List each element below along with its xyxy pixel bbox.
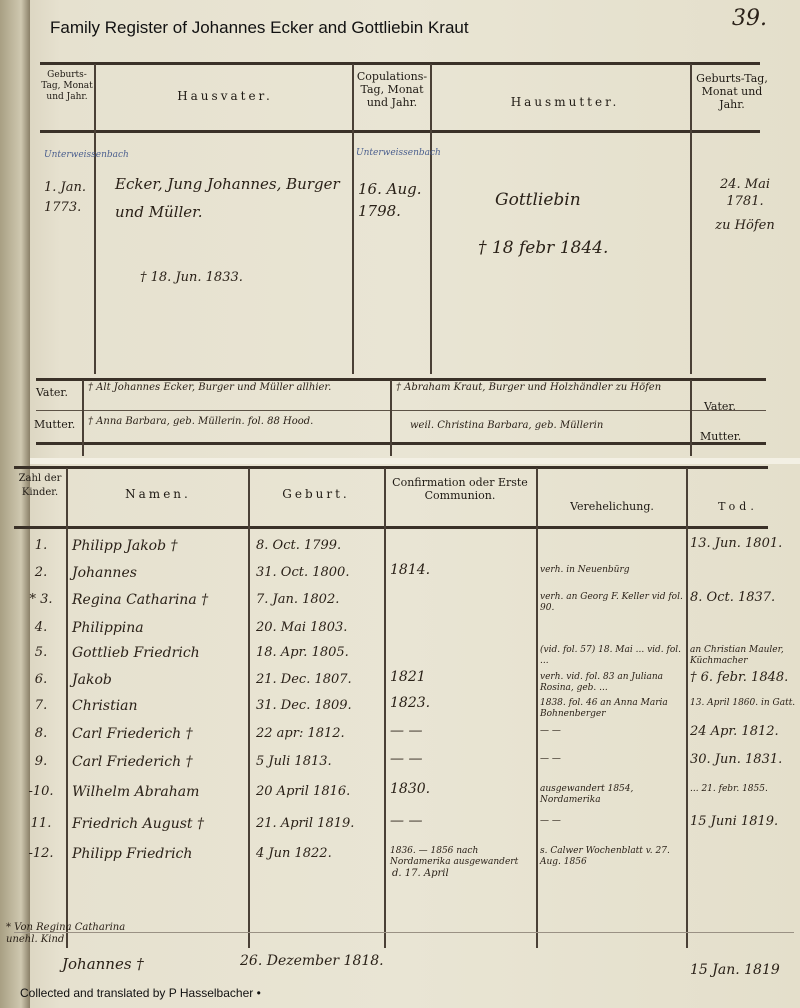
- rule: [40, 130, 760, 133]
- child-marriage: verh. vid. fol. 83 an Juliana Rosina, ge…: [540, 672, 686, 694]
- father-mother-label: Mutter.: [34, 418, 75, 431]
- marriage-date: 16. Aug. 1798.: [358, 178, 428, 222]
- header-birth: Geburt.: [250, 488, 382, 501]
- col-divider: [94, 64, 96, 374]
- child-confirmation: — —: [390, 816, 536, 827]
- image-seam: [30, 458, 800, 464]
- child-death: 8. Oct. 1837.: [690, 592, 798, 603]
- child-marriage: ausgewandert 1854, Nordamerika: [540, 784, 686, 806]
- child-name: Philipp Jakob †: [72, 538, 248, 554]
- child-name: Christian: [72, 698, 248, 714]
- header-name: Namen.: [70, 488, 246, 501]
- credit-line: Collected and translated by P Hasselbach…: [20, 986, 261, 1000]
- father-father-label: Vater.: [36, 386, 68, 399]
- mother-name: Gottliebin: [495, 190, 581, 210]
- father-father: † Alt Johannes Ecker, Burger und Müller …: [88, 382, 388, 394]
- child-death: an Christian Mauler, Küchmacher: [690, 645, 798, 667]
- child-confirmation: — —: [390, 726, 536, 737]
- child-death: ... 21. febr. 1855.: [690, 784, 798, 795]
- child-number: 8.: [18, 726, 64, 741]
- col-divider: [248, 468, 250, 948]
- col-divider: [82, 380, 84, 456]
- child-birth: 31. Oct. 1800.: [256, 565, 384, 580]
- child-marriage: s. Calwer Wochenblatt v. 27. Aug. 1856: [540, 846, 686, 868]
- rule: [36, 442, 766, 445]
- register-page: Family Register of Johannes Ecker and Go…: [0, 0, 800, 1008]
- child-confirmation: 1823.: [390, 698, 536, 709]
- header-marriage: Copulations-Tag, Monat und Jahr.: [354, 70, 430, 109]
- confirmation-side-note: d. 17. April: [392, 868, 449, 879]
- child-name: Friedrich August †: [72, 816, 248, 832]
- mother-death: † 18 febr 1844.: [478, 238, 608, 258]
- header-marriage: Verehelichung.: [538, 500, 686, 513]
- col-divider: [66, 468, 68, 948]
- child-number: 4.: [18, 620, 64, 635]
- child-name: Gottlieb Friedrich: [72, 645, 248, 661]
- child-marriage: — —: [540, 754, 686, 765]
- child-name: Wilhelm Abraham: [72, 784, 248, 800]
- child-death: † 6. febr. 1848.: [690, 672, 798, 683]
- child-marriage: (vid. fol. 57) 18. Mai ... vid. fol. ...: [540, 645, 686, 667]
- header-confirmation: Confirmation oder Erste Communion.: [386, 476, 534, 502]
- mother-mother: weil. Christina Barbara, geb. Müllerin: [410, 420, 690, 431]
- child-number: 5.: [18, 645, 64, 660]
- child-name: Carl Friederich †: [72, 726, 248, 742]
- col-divider: [352, 64, 354, 374]
- child-death: 24 Apr. 1812.: [690, 726, 798, 737]
- footnote-birth: 26. Dezember 1818.: [240, 953, 384, 969]
- child-marriage: verh. in Neuenbürg: [540, 565, 686, 576]
- child-marriage: verh. an Georg F. Keller vid fol. 90.: [540, 592, 686, 614]
- child-death: 15 Juni 1819.: [690, 816, 798, 827]
- marriage-place: Unterweissenbach: [356, 148, 441, 158]
- header-father: Hausvater.: [100, 90, 350, 103]
- child-number: 6.: [18, 672, 64, 687]
- footnote-death: 15 Jan. 1819: [690, 962, 780, 978]
- col-divider: [536, 468, 538, 948]
- father-mother: † Anna Barbara, geb. Müllerin. fol. 88 H…: [88, 416, 388, 428]
- child-number: -12.: [18, 846, 64, 861]
- mother-birth-place: zu Höfen: [700, 218, 790, 233]
- footnote-note: * Von Regina Catharina unehl. Kind: [6, 922, 156, 946]
- child-marriage: 1838. fol. 46 an Anna Maria Bohnenberger: [540, 698, 686, 720]
- child-name: Regina Catharina †: [72, 592, 248, 608]
- rule: [36, 378, 766, 381]
- col-divider: [430, 64, 432, 374]
- child-number: 2.: [18, 565, 64, 580]
- header-mother: Hausmutter.: [440, 96, 690, 109]
- child-name: Carl Friederich †: [72, 754, 248, 770]
- child-death: 13. Jun. 1801.: [690, 538, 798, 549]
- child-death: 30. Jun. 1831.: [690, 754, 798, 765]
- header-father-birth: Geburts-Tag, Monat und Jahr.: [40, 70, 94, 103]
- child-name: Philippina: [72, 620, 248, 636]
- rule: [40, 62, 760, 65]
- rule: [14, 526, 768, 529]
- child-birth: 5 Juli 1813.: [256, 754, 384, 769]
- child-confirmation: — —: [390, 754, 536, 765]
- child-name: Jakob: [72, 672, 248, 688]
- child-marriage: — —: [540, 726, 686, 737]
- child-name: Johannes: [72, 565, 248, 581]
- child-birth: 8. Oct. 1799.: [256, 538, 384, 553]
- col-divider: [390, 380, 392, 456]
- child-confirmation: 1836. — 1856 nach Nordamerika ausgewande…: [390, 846, 536, 868]
- mother-mother-label: Mutter.: [700, 430, 741, 443]
- header-mother-birth: Geburts-Tag, Monat und Jahr.: [692, 72, 772, 111]
- child-number: -10.: [18, 784, 64, 799]
- col-divider: [686, 468, 688, 948]
- mother-father: † Abraham Kraut, Burger und Holzhändler …: [396, 382, 686, 394]
- father-name: Ecker, Jung Johannes, Burger und Müller.: [115, 170, 345, 226]
- father-birth-date: 1. Jan. 1773.: [44, 178, 92, 218]
- mother-birth-date: 24. Mai 1781.: [700, 176, 790, 210]
- col-divider: [384, 468, 386, 948]
- child-number: 1.: [18, 538, 64, 553]
- child-number: 11.: [18, 816, 64, 831]
- child-birth: 4 Jun 1822.: [256, 846, 384, 861]
- child-death: 13. April 1860. in Gatt.: [690, 698, 798, 709]
- rule: [36, 410, 766, 411]
- child-name: Philipp Friedrich: [72, 846, 248, 862]
- child-confirmation: 1830.: [390, 784, 536, 795]
- child-birth: 18. Apr. 1805.: [256, 645, 384, 660]
- child-birth: 21. Dec. 1807.: [256, 672, 384, 687]
- page-number: 39.: [732, 6, 767, 31]
- child-birth: 20. Mai 1803.: [256, 620, 384, 635]
- child-number: 9.: [18, 754, 64, 769]
- child-confirmation: 1821: [390, 672, 536, 683]
- child-birth: 7. Jan. 1802.: [256, 592, 384, 607]
- mother-father-label: Vater.: [704, 400, 736, 413]
- father-birth-place: Unterweissenbach: [44, 150, 129, 160]
- child-birth: 21. April 1819.: [256, 816, 384, 831]
- child-number: * 3.: [18, 592, 64, 607]
- child-birth: 22 apr: 1812.: [256, 726, 384, 741]
- rule: [14, 466, 768, 469]
- page-title: Family Register of Johannes Ecker and Go…: [50, 18, 469, 38]
- header-death: Tod.: [688, 500, 788, 513]
- child-number: 7.: [18, 698, 64, 713]
- child-birth: 31. Dec. 1809.: [256, 698, 384, 713]
- father-death: † 18. Jun. 1833.: [140, 270, 243, 285]
- child-marriage: — —: [540, 816, 686, 827]
- footnote-name: Johannes †: [62, 955, 144, 973]
- col-divider: [690, 380, 692, 456]
- child-confirmation: 1814.: [390, 565, 536, 576]
- header-number: Zahl der Kinder.: [14, 472, 66, 500]
- child-birth: 20 April 1816.: [256, 784, 384, 799]
